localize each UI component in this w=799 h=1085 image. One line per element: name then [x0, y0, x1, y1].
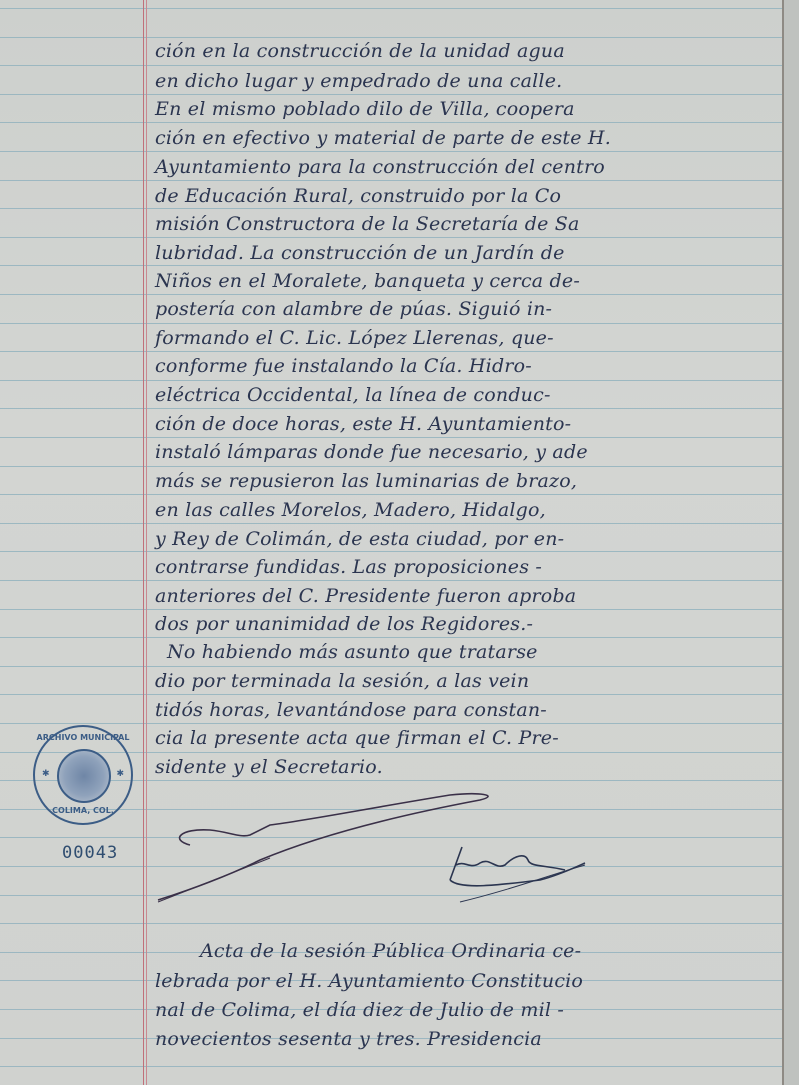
star-icon: ✱ [42, 769, 50, 779]
rule-line [0, 94, 782, 95]
rule-line [0, 494, 782, 495]
body-line: y Rey de Colimán, de esta ciudad, por en… [155, 528, 564, 550]
body-line: anteriores del C. Presidente fueron apro… [155, 585, 576, 607]
body-line: conforme fue instalando la Cía. Hidro- [155, 355, 532, 377]
rule-line [0, 208, 782, 209]
stamp-bottom-text: COLIMA, COL. [35, 806, 131, 815]
margin-line-secondary [146, 0, 147, 1085]
rule-line [0, 294, 782, 295]
ledger-page: ción en la construcción de la unidad agu… [0, 0, 782, 1085]
body-line: más se repusieron las luminarias de braz… [155, 470, 577, 492]
new-minutes-line: novecientos sesenta y tres. Presidencia [155, 1028, 542, 1050]
rule-line [0, 666, 782, 667]
body-line: instaló lámparas donde fue necesario, y … [155, 441, 588, 463]
star-icon: ✱ [116, 769, 124, 779]
new-minutes-line: lebrada por el H. Ayuntamiento Constituc… [155, 970, 583, 992]
body-line: Ayuntamiento para la construcción del ce… [155, 156, 605, 178]
body-line: ción de doce horas, este H. Ayuntamiento… [155, 413, 571, 435]
rule-line [0, 237, 782, 238]
rule-line [0, 408, 782, 409]
rule-line [0, 151, 782, 152]
rule-line [0, 351, 782, 352]
stamp-seal [57, 749, 111, 803]
body-line: postería con alambre de púas. Siguió in- [155, 298, 552, 320]
body-line: dos por unanimidad de los Regidores.- [155, 613, 533, 635]
body-line: formando el C. Lic. López Llerenas, que- [155, 327, 554, 349]
rule-line [0, 580, 782, 581]
body-line: ción en efectivo y material de parte de … [155, 127, 611, 149]
body-line: misión Constructora de la Secretaría de … [155, 213, 580, 235]
rule-line [0, 180, 782, 181]
new-minutes-line: nal de Colima, el día diez de Julio de m… [155, 999, 564, 1021]
rule-line [0, 122, 782, 123]
body-line: cia la presente acta que firman el C. Pr… [155, 727, 559, 749]
page-edge [782, 0, 799, 1085]
rule-line [0, 609, 782, 610]
body-line: en las calles Morelos, Madero, Hidalgo, [155, 499, 546, 521]
rule-line [0, 437, 782, 438]
folio-number: 00043 [62, 843, 118, 863]
body-line: sidente y el Secretario. [155, 756, 383, 778]
rule-line [0, 65, 782, 66]
rule-line [0, 923, 782, 924]
rule-line [0, 323, 782, 324]
body-line: contrarse fundidas. Las proposiciones - [155, 556, 542, 578]
body-line: Niños en el Moralete, banqueta y cerca d… [155, 270, 580, 292]
rule-line [0, 265, 782, 266]
signature-secretario [390, 835, 590, 915]
body-line: eléctrica Occidental, la línea de conduc… [155, 384, 551, 406]
rule-line [0, 466, 782, 467]
rule-line [0, 637, 782, 638]
rule-line [0, 8, 782, 9]
rule-line [0, 380, 782, 381]
body-line: No habiendo más asunto que tratarse [167, 641, 538, 663]
rule-line [0, 1066, 782, 1067]
body-line: en dicho lugar y empedrado de una calle. [155, 70, 562, 92]
rule-line [0, 551, 782, 552]
rule-line [0, 523, 782, 524]
body-line: En el mismo poblado dilo de Villa, coope… [155, 98, 575, 120]
body-line: tidós horas, levantándose para constan- [155, 699, 547, 721]
new-minutes-line: Acta de la sesión Pública Ordinaria ce- [200, 940, 581, 962]
body-line: ción en la construcción de la unidad agu… [155, 40, 565, 62]
rule-line [0, 723, 782, 724]
body-line: lubridad. La construcción de un Jardín d… [155, 242, 565, 264]
rule-line [0, 37, 782, 38]
archive-stamp: ARCHIVO MUNICIPAL ✱ ✱ COLIMA, COL. [33, 725, 133, 825]
body-line: de Educación Rural, construido por la Co [155, 185, 561, 207]
stamp-top-text: ARCHIVO MUNICIPAL [35, 733, 131, 742]
body-line: dio por terminada la sesión, a las vein [155, 670, 529, 692]
margin-line [143, 0, 144, 1085]
rule-line [0, 694, 782, 695]
